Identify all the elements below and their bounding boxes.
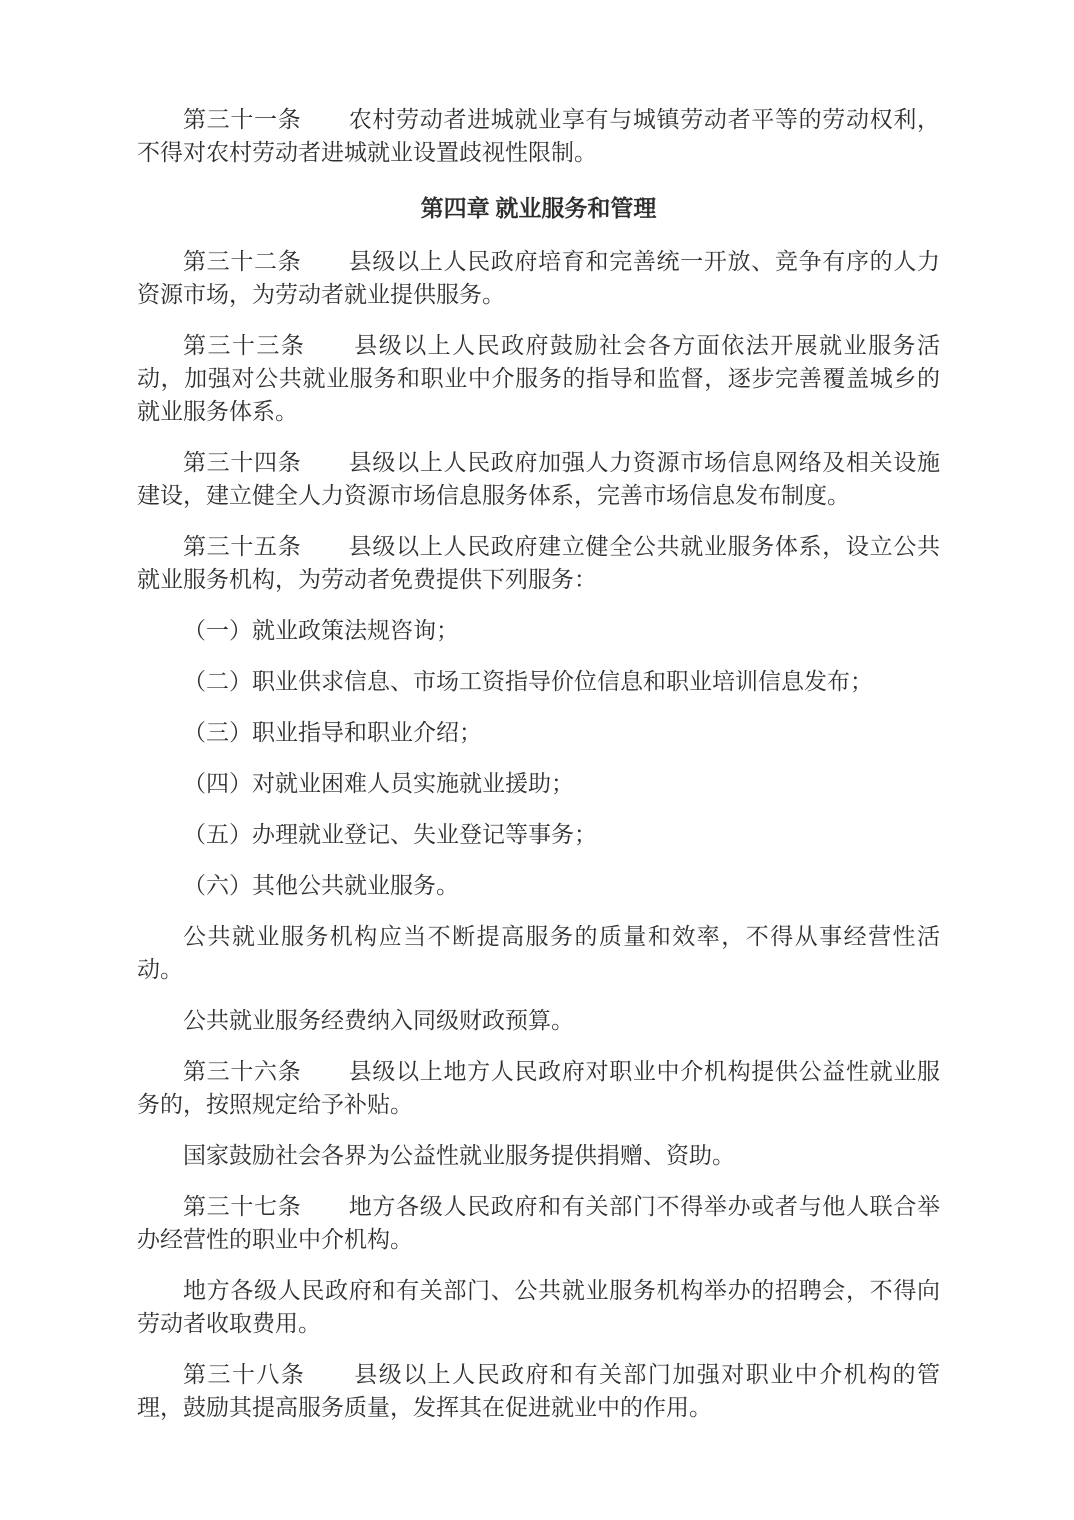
paragraph-article-38: 第三十八条 县级以上人民政府和有关部门加强对职业中介机构的管理，鼓励其提高服务质… (137, 1358, 940, 1424)
paragraph-article-33: 第三十三条 县级以上人民政府鼓励社会各方面依法开展就业服务活动，加强对公共就业服… (137, 329, 940, 428)
chapter-heading: 第四章 就业服务和管理 (137, 192, 940, 225)
list-item-6: （六）其他公共就业服务。 (137, 869, 940, 902)
paragraph-job-fair: 地方各级人民政府和有关部门、公共就业服务机构举办的招聘会，不得向劳动者收取费用。 (137, 1274, 940, 1340)
paragraph-article-34: 第三十四条 县级以上人民政府加强人力资源市场信息网络及相关设施建设，建立健全人力… (137, 446, 940, 512)
paragraph-article-31: 第三十一条 农村劳动者进城就业享有与城镇劳动者平等的劳动权利，不得对农村劳动者进… (137, 103, 940, 169)
list-item-2: （二）职业供求信息、市场工资指导价位信息和职业培训信息发布； (137, 665, 940, 698)
list-item-1: （一）就业政策法规咨询； (137, 614, 940, 647)
list-item-4: （四）对就业困难人员实施就业援助； (137, 767, 940, 800)
paragraph-article-35: 第三十五条 县级以上人民政府建立健全公共就业服务体系，设立公共就业服务机构，为劳… (137, 530, 940, 596)
paragraph-article-36: 第三十六条 县级以上地方人民政府对职业中介机构提供公益性就业服务的，按照规定给予… (137, 1055, 940, 1121)
paragraph-article-37: 第三十七条 地方各级人民政府和有关部门不得举办或者与他人联合举办经营性的职业中介… (137, 1190, 940, 1256)
paragraph-donation: 国家鼓励社会各界为公益性就业服务提供捐赠、资助。 (137, 1139, 940, 1172)
document-page: 第三十一条 农村劳动者进城就业享有与城镇劳动者平等的劳动权利，不得对农村劳动者进… (0, 0, 1074, 1520)
paragraph-service-funding: 公共就业服务经费纳入同级财政预算。 (137, 1004, 940, 1037)
list-item-5: （五）办理就业登记、失业登记等事务； (137, 818, 940, 851)
paragraph-article-32: 第三十二条 县级以上人民政府培育和完善统一开放、竞争有序的人力资源市场，为劳动者… (137, 245, 940, 311)
list-item-3: （三）职业指导和职业介绍； (137, 716, 940, 749)
paragraph-service-quality: 公共就业服务机构应当不断提高服务的质量和效率，不得从事经营性活动。 (137, 920, 940, 986)
